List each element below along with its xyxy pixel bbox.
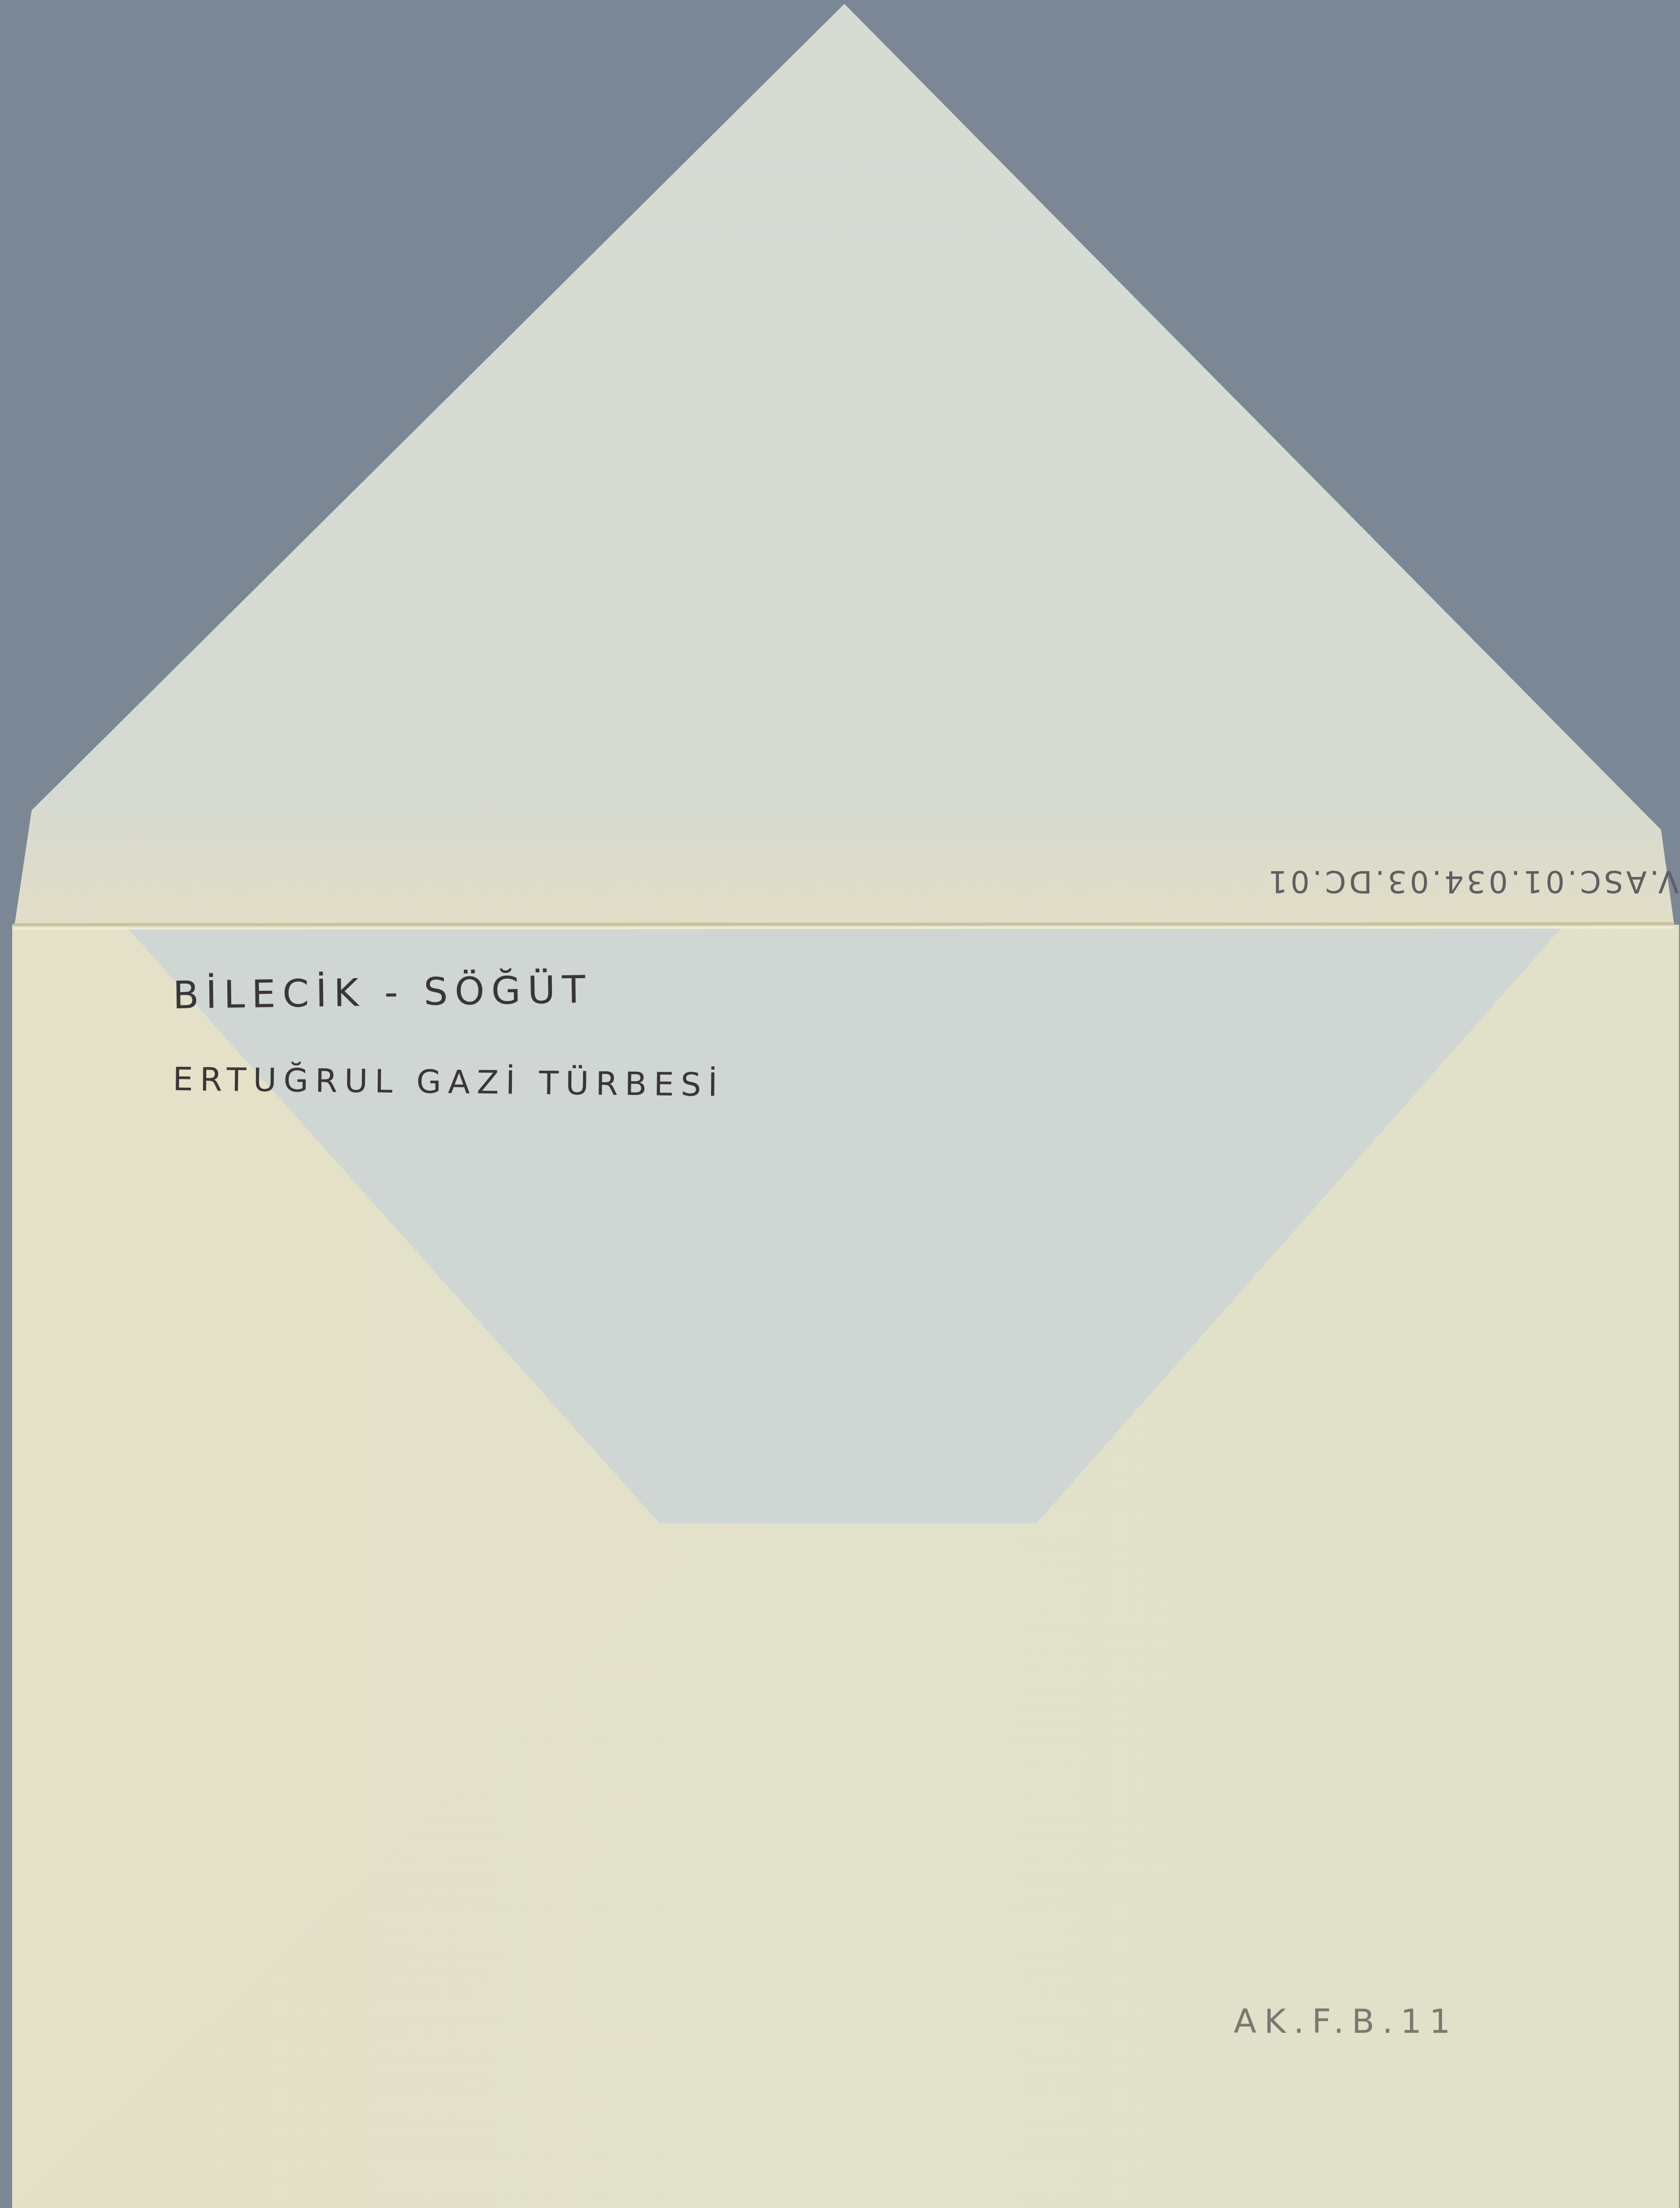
location-handwriting: BİLECİK - SÖĞÜT [172,968,592,1018]
fold-highlight [14,928,1674,929]
shelf-mark-pencil: AK.F.B.11 [1234,2003,1458,2041]
envelope-flap [15,4,1674,925]
archive-code-inverted: *KRV.ASC.01.034.03.DC.01 [1265,864,1680,899]
fold-crease [14,924,1674,925]
subject-handwriting: ERTUĞRUL GAZİ TÜRBESİ [173,1060,725,1104]
envelope-scan [0,0,1680,2208]
